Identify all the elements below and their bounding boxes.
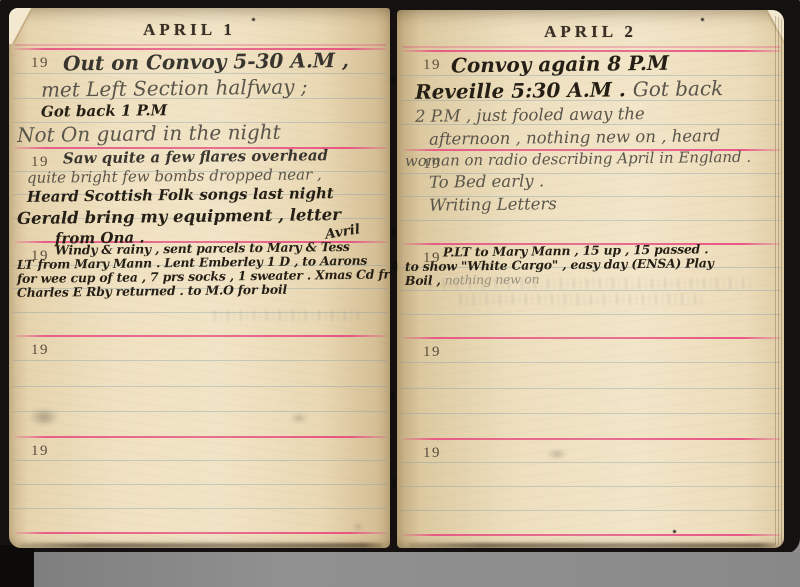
ruled-line-pink bbox=[15, 436, 386, 438]
diary-line: Charles E Rby returned . to M.O for boil bbox=[17, 282, 384, 300]
diary-line: Not On guard in the night bbox=[17, 118, 384, 148]
ruled-line-gray bbox=[13, 411, 387, 412]
handwriting-segment: Reveille 5:30 A.M . bbox=[415, 77, 633, 104]
year-label: 19 bbox=[31, 443, 49, 460]
ruled-line-pink bbox=[403, 534, 780, 536]
smudge bbox=[291, 414, 307, 422]
handwriting-segment: met Left Section halfway ; bbox=[41, 74, 308, 101]
diary-entry: Windy & rainy , sent parcels to Mary & T… bbox=[17, 244, 384, 300]
ruled-line-gray bbox=[401, 388, 781, 389]
diary-entry: P.LT to Mary Mann , 15 up , 15 passed .t… bbox=[405, 246, 778, 288]
ruled-line-gray bbox=[401, 362, 781, 363]
handwriting-segment: Not On guard in the night bbox=[17, 120, 281, 147]
gutter-mark bbox=[392, 228, 396, 237]
book-cover-corner bbox=[0, 545, 34, 587]
handwriting-segment: Boil , bbox=[405, 273, 445, 288]
handwriting-segment: afternoon , nothing new on , heard bbox=[429, 126, 721, 149]
handwriting-segment: Writing Letters bbox=[429, 194, 557, 215]
ruled-line-gray bbox=[13, 460, 387, 461]
handwriting-segment: Got back bbox=[633, 76, 724, 101]
page-right: APRIL 2 19Convoy again 8 P.MReveille 5:3… bbox=[397, 10, 784, 548]
handwriting-segment: Gerald bring my equipment , letter bbox=[17, 205, 341, 228]
ruled-line-pink bbox=[15, 335, 386, 337]
ruled-line-gray bbox=[13, 386, 387, 387]
smudge bbox=[547, 450, 567, 458]
ruled-line-pink bbox=[15, 532, 386, 534]
handwriting-segment: Charles E Rby returned . to M.O for boil bbox=[17, 282, 287, 300]
ruled-line-gray bbox=[401, 462, 781, 463]
page-header: APRIL 1 bbox=[9, 20, 380, 40]
diary-scan-scene: APRIL 1 19Out on Convoy 5-30 A.M ,met Le… bbox=[0, 0, 800, 587]
year-label: 19 bbox=[423, 344, 441, 361]
handwriting-segment: nothing new on bbox=[445, 271, 540, 287]
smudge bbox=[353, 524, 363, 530]
page-header: APRIL 2 bbox=[397, 22, 784, 42]
ruled-line-gray bbox=[13, 484, 387, 485]
ruled-line-gray bbox=[401, 290, 781, 291]
ruled-line-gray bbox=[401, 510, 781, 511]
diary-entry: Convoy again 8 P.MReveille 5:30 A.M . Go… bbox=[405, 53, 778, 151]
handwriting-segment: quite bright few bombs dropped near , bbox=[27, 165, 322, 187]
handwriting-segment: 2 P.M , just fooled away the bbox=[415, 104, 645, 126]
year-label: 19 bbox=[31, 342, 49, 359]
bleedthrough-ghost bbox=[455, 294, 705, 305]
gutter-mark bbox=[393, 262, 397, 271]
diary-line: Writing Letters bbox=[405, 189, 778, 217]
ruled-line-gray bbox=[13, 360, 387, 361]
ruled-line-gray bbox=[13, 508, 387, 509]
gutter-mark bbox=[392, 478, 396, 487]
ink-speck bbox=[252, 18, 255, 21]
diary-entry: woman on radio describing April in Engla… bbox=[405, 152, 778, 217]
ruled-line-pink bbox=[403, 337, 780, 339]
ruled-line-pink bbox=[403, 438, 780, 440]
scanner-background bbox=[0, 552, 800, 587]
page-left: APRIL 1 19Out on Convoy 5-30 A.M ,met Le… bbox=[9, 8, 390, 548]
diary-line: afternoon , nothing new on , heard bbox=[405, 123, 778, 151]
gutter-mark bbox=[391, 392, 395, 401]
ruled-line-gray bbox=[401, 413, 781, 414]
year-label: 19 bbox=[423, 445, 441, 462]
handwriting-segment: Out on Convoy 5-30 A.M , bbox=[63, 48, 349, 75]
ruled-line-gray bbox=[401, 486, 781, 487]
handwriting-segment: To Bed early . bbox=[429, 171, 544, 191]
handwriting-segment: Saw quite a few flares overhead bbox=[63, 146, 328, 167]
ruled-line-gray bbox=[13, 312, 387, 313]
diary-line: Boil , nothing new on bbox=[405, 269, 778, 288]
handwriting-segment: Got back 1 P.M bbox=[41, 101, 167, 121]
ruled-line-gray bbox=[401, 314, 781, 315]
ruled-line-gray bbox=[401, 220, 781, 221]
handwriting-segment: Heard Scottish Folk songs last night bbox=[27, 184, 334, 206]
ink-speck bbox=[673, 530, 676, 533]
diary-entry: Out on Convoy 5-30 A.M ,met Left Section… bbox=[17, 51, 384, 148]
gutter-mark bbox=[391, 75, 395, 84]
ink-speck bbox=[701, 18, 704, 21]
handwriting-segment: Convoy again 8 P.M bbox=[451, 51, 669, 78]
